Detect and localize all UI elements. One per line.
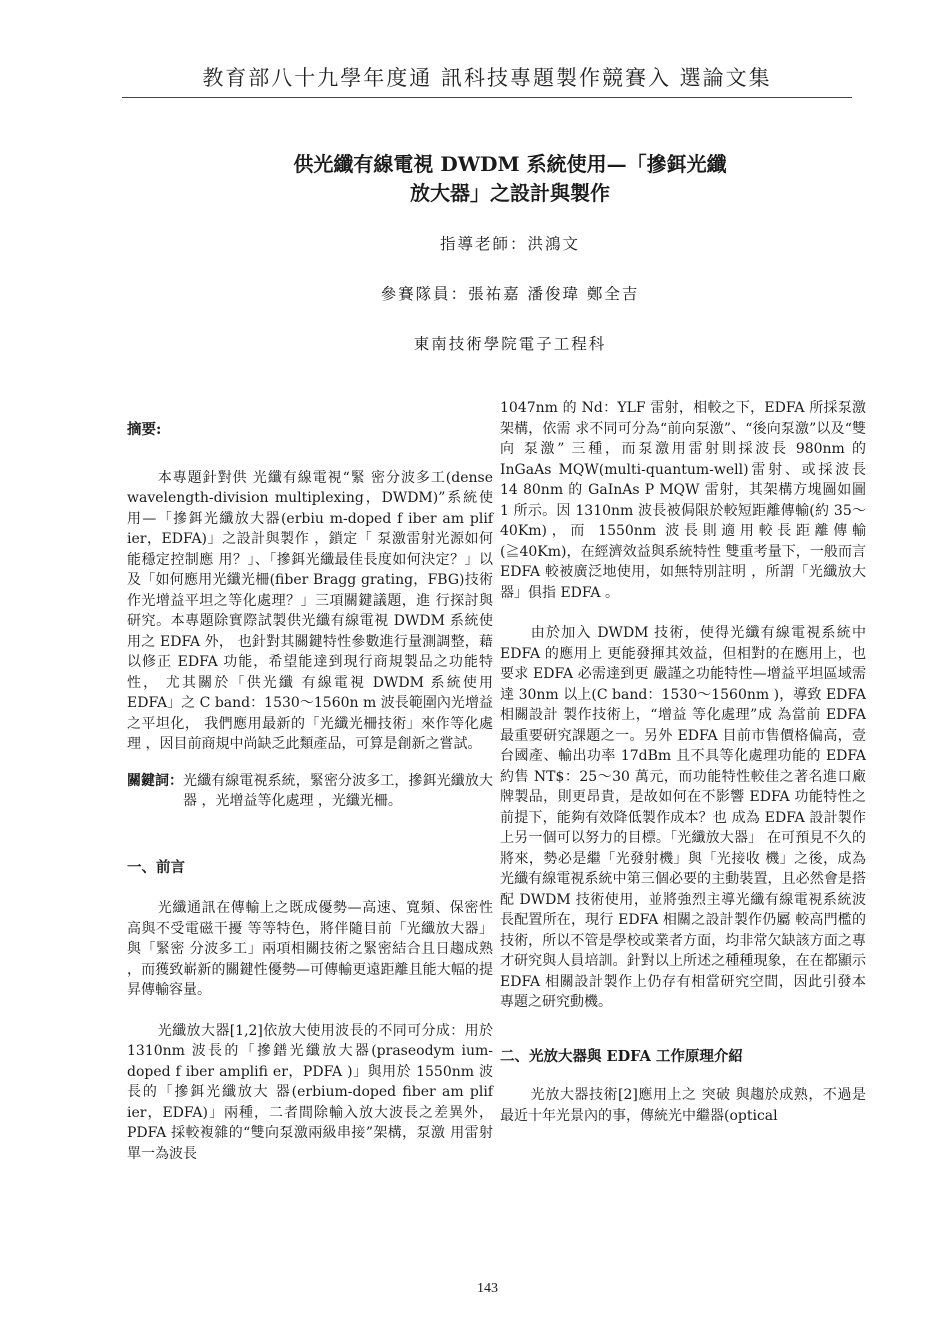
keywords: 關鍵詞： 光纖有線電視系統，緊密分波多工，摻鉺光纖放大器 ，光增益等化處理 ，光… (127, 771, 493, 812)
left-column: 摘要: 本專題針對供 光纖有線電視“緊 密分波多工(dense waveleng… (127, 420, 493, 1164)
section-1-heading: 一、前言 (127, 858, 493, 879)
abstract-heading: 摘要: (127, 420, 493, 441)
keywords-label: 關鍵詞： (127, 771, 183, 812)
advisor: 指導老師：洪鴻文 (230, 232, 790, 254)
paper-title: 供光纖有線電視 DWDM 系統使用—「摻鉺光纖 放大器」之設計與製作 (230, 150, 790, 208)
page-number: 143 (0, 1281, 950, 1297)
intro-paragraph-2: 光纖放大器[1,2]依放大使用波長的不同可分成：用於 1310nm 波長的「摻鐠… (127, 1021, 493, 1165)
abstract-text: 本專題針對供 光纖有線電視“緊 密分波多工(dense wavelength-d… (127, 468, 493, 755)
section-2-heading: 二、光放大器與 EDFA 工作原理介紹 (500, 1047, 866, 1068)
motivation-paragraph: 由於加入 DWDM 技術，使得光纖有線電視系統中 EDFA 的應用上 更能發揮其… (500, 623, 866, 1013)
intro-paragraph-1: 光纖通訊在傳輸上之既成優勢—高速、寬頻、保密性高與不受電磁干擾 等等特色，將伴隨… (127, 898, 493, 1001)
keywords-text: 光纖有線電視系統，緊密分波多工，摻鉺光纖放大器 ，光增益等化處理 ，光纖光柵。 (183, 771, 493, 812)
team-members: 參賽隊員：張祐嘉 潘俊瑋 鄭全吉 (230, 282, 790, 304)
running-head: 教育部八十九學年度通 訊科技專題製作競賽入 選論文集 (122, 62, 852, 92)
continued-paragraph: 1047nm 的 Nd：YLF 雷射，相較之下，EDFA 所採泵激架構，依需 求… (500, 398, 866, 603)
section-2-text: 光放大器技術[2]應用上之 突破 與趨於成熟，不過是最近十年光景內的事，傳統光中… (500, 1085, 866, 1126)
title-line-1: 供光纖有線電視 DWDM 系統使用—「摻鉺光纖 (230, 150, 790, 179)
header-rule (122, 97, 852, 98)
title-line-2: 放大器」之設計與製作 (230, 179, 790, 208)
right-column: 1047nm 的 Nd：YLF 雷射，相較之下，EDFA 所採泵激架構，依需 求… (500, 398, 866, 1126)
affiliation: 東南技術學院電子工程科 (230, 332, 790, 354)
